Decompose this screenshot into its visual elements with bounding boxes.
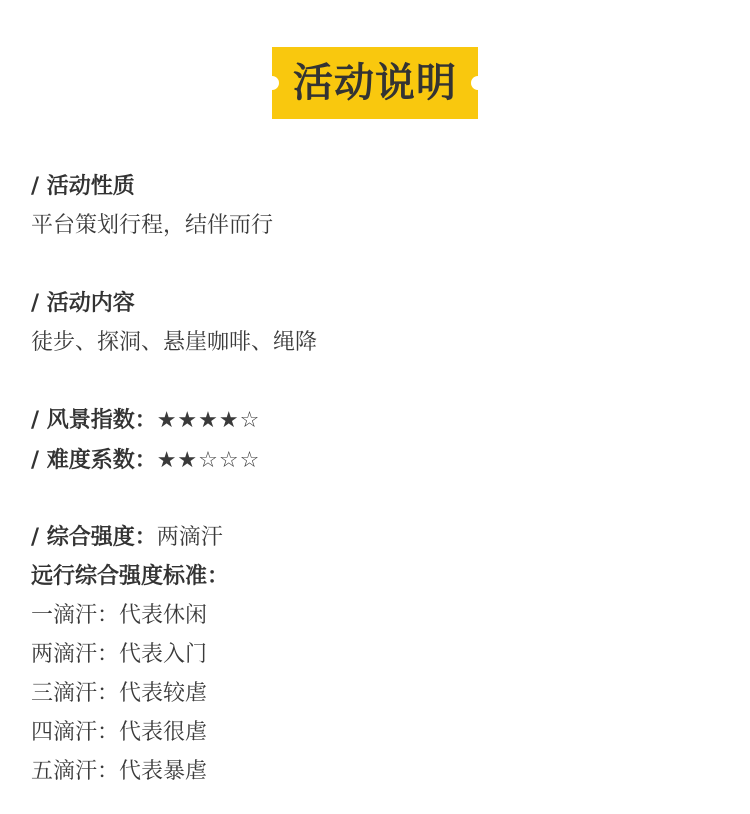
- intensity-level: 四滴汗：代表很虐: [31, 718, 207, 748]
- star-empty-icon: ☆: [240, 408, 261, 433]
- intensity-label: / 综合强度：: [31, 525, 157, 550]
- star-filled-icon: ★★: [157, 448, 198, 473]
- intensity-row: / 综合强度：两滴汗: [31, 523, 223, 553]
- level-name: 四滴汗：: [31, 720, 119, 745]
- level-name: 三滴汗：: [31, 681, 119, 706]
- intensity-value: 两滴汗: [157, 525, 223, 550]
- intensity-level: 五滴汗：代表暴虐: [31, 757, 207, 787]
- level-name: 两滴汗：: [31, 642, 119, 667]
- ticket-notch-right: [471, 76, 485, 90]
- page-title: 活动说明: [293, 63, 457, 103]
- ticket-notch-left: [265, 76, 279, 90]
- star-empty-icon: ☆☆☆: [198, 448, 260, 473]
- intensity-level: 一滴汗：代表休闲: [31, 601, 207, 631]
- nature-value: 平台策划行程，结伴而行: [31, 211, 273, 241]
- title-banner: 活动说明: [272, 47, 478, 119]
- scenery-stars: ★★★★☆: [157, 408, 261, 433]
- intensity-level: 两滴汗：代表入门: [31, 640, 207, 670]
- level-desc: 代表休闲: [119, 603, 207, 628]
- intensity-level: 三滴汗：代表较虐: [31, 679, 207, 709]
- star-filled-icon: ★★★★: [157, 408, 240, 433]
- difficulty-rating: / 难度系数：★★☆☆☆: [31, 446, 260, 476]
- scenery-rating: / 风景指数：★★★★☆: [31, 406, 260, 436]
- level-desc: 代表很虐: [119, 720, 207, 745]
- difficulty-stars: ★★☆☆☆: [157, 448, 261, 473]
- difficulty-label: / 难度系数：: [31, 448, 157, 473]
- standard-heading: 远行综合强度标准：: [31, 562, 229, 592]
- content-heading: / 活动内容: [31, 289, 135, 319]
- level-desc: 代表较虐: [119, 681, 207, 706]
- nature-heading: / 活动性质: [31, 172, 135, 202]
- level-desc: 代表入门: [119, 642, 207, 667]
- level-name: 五滴汗：: [31, 759, 119, 784]
- level-name: 一滴汗：: [31, 603, 119, 628]
- scenery-label: / 风景指数：: [31, 408, 157, 433]
- level-desc: 代表暴虐: [119, 759, 207, 784]
- content-value: 徒步、探洞、悬崖咖啡、绳降: [31, 328, 317, 358]
